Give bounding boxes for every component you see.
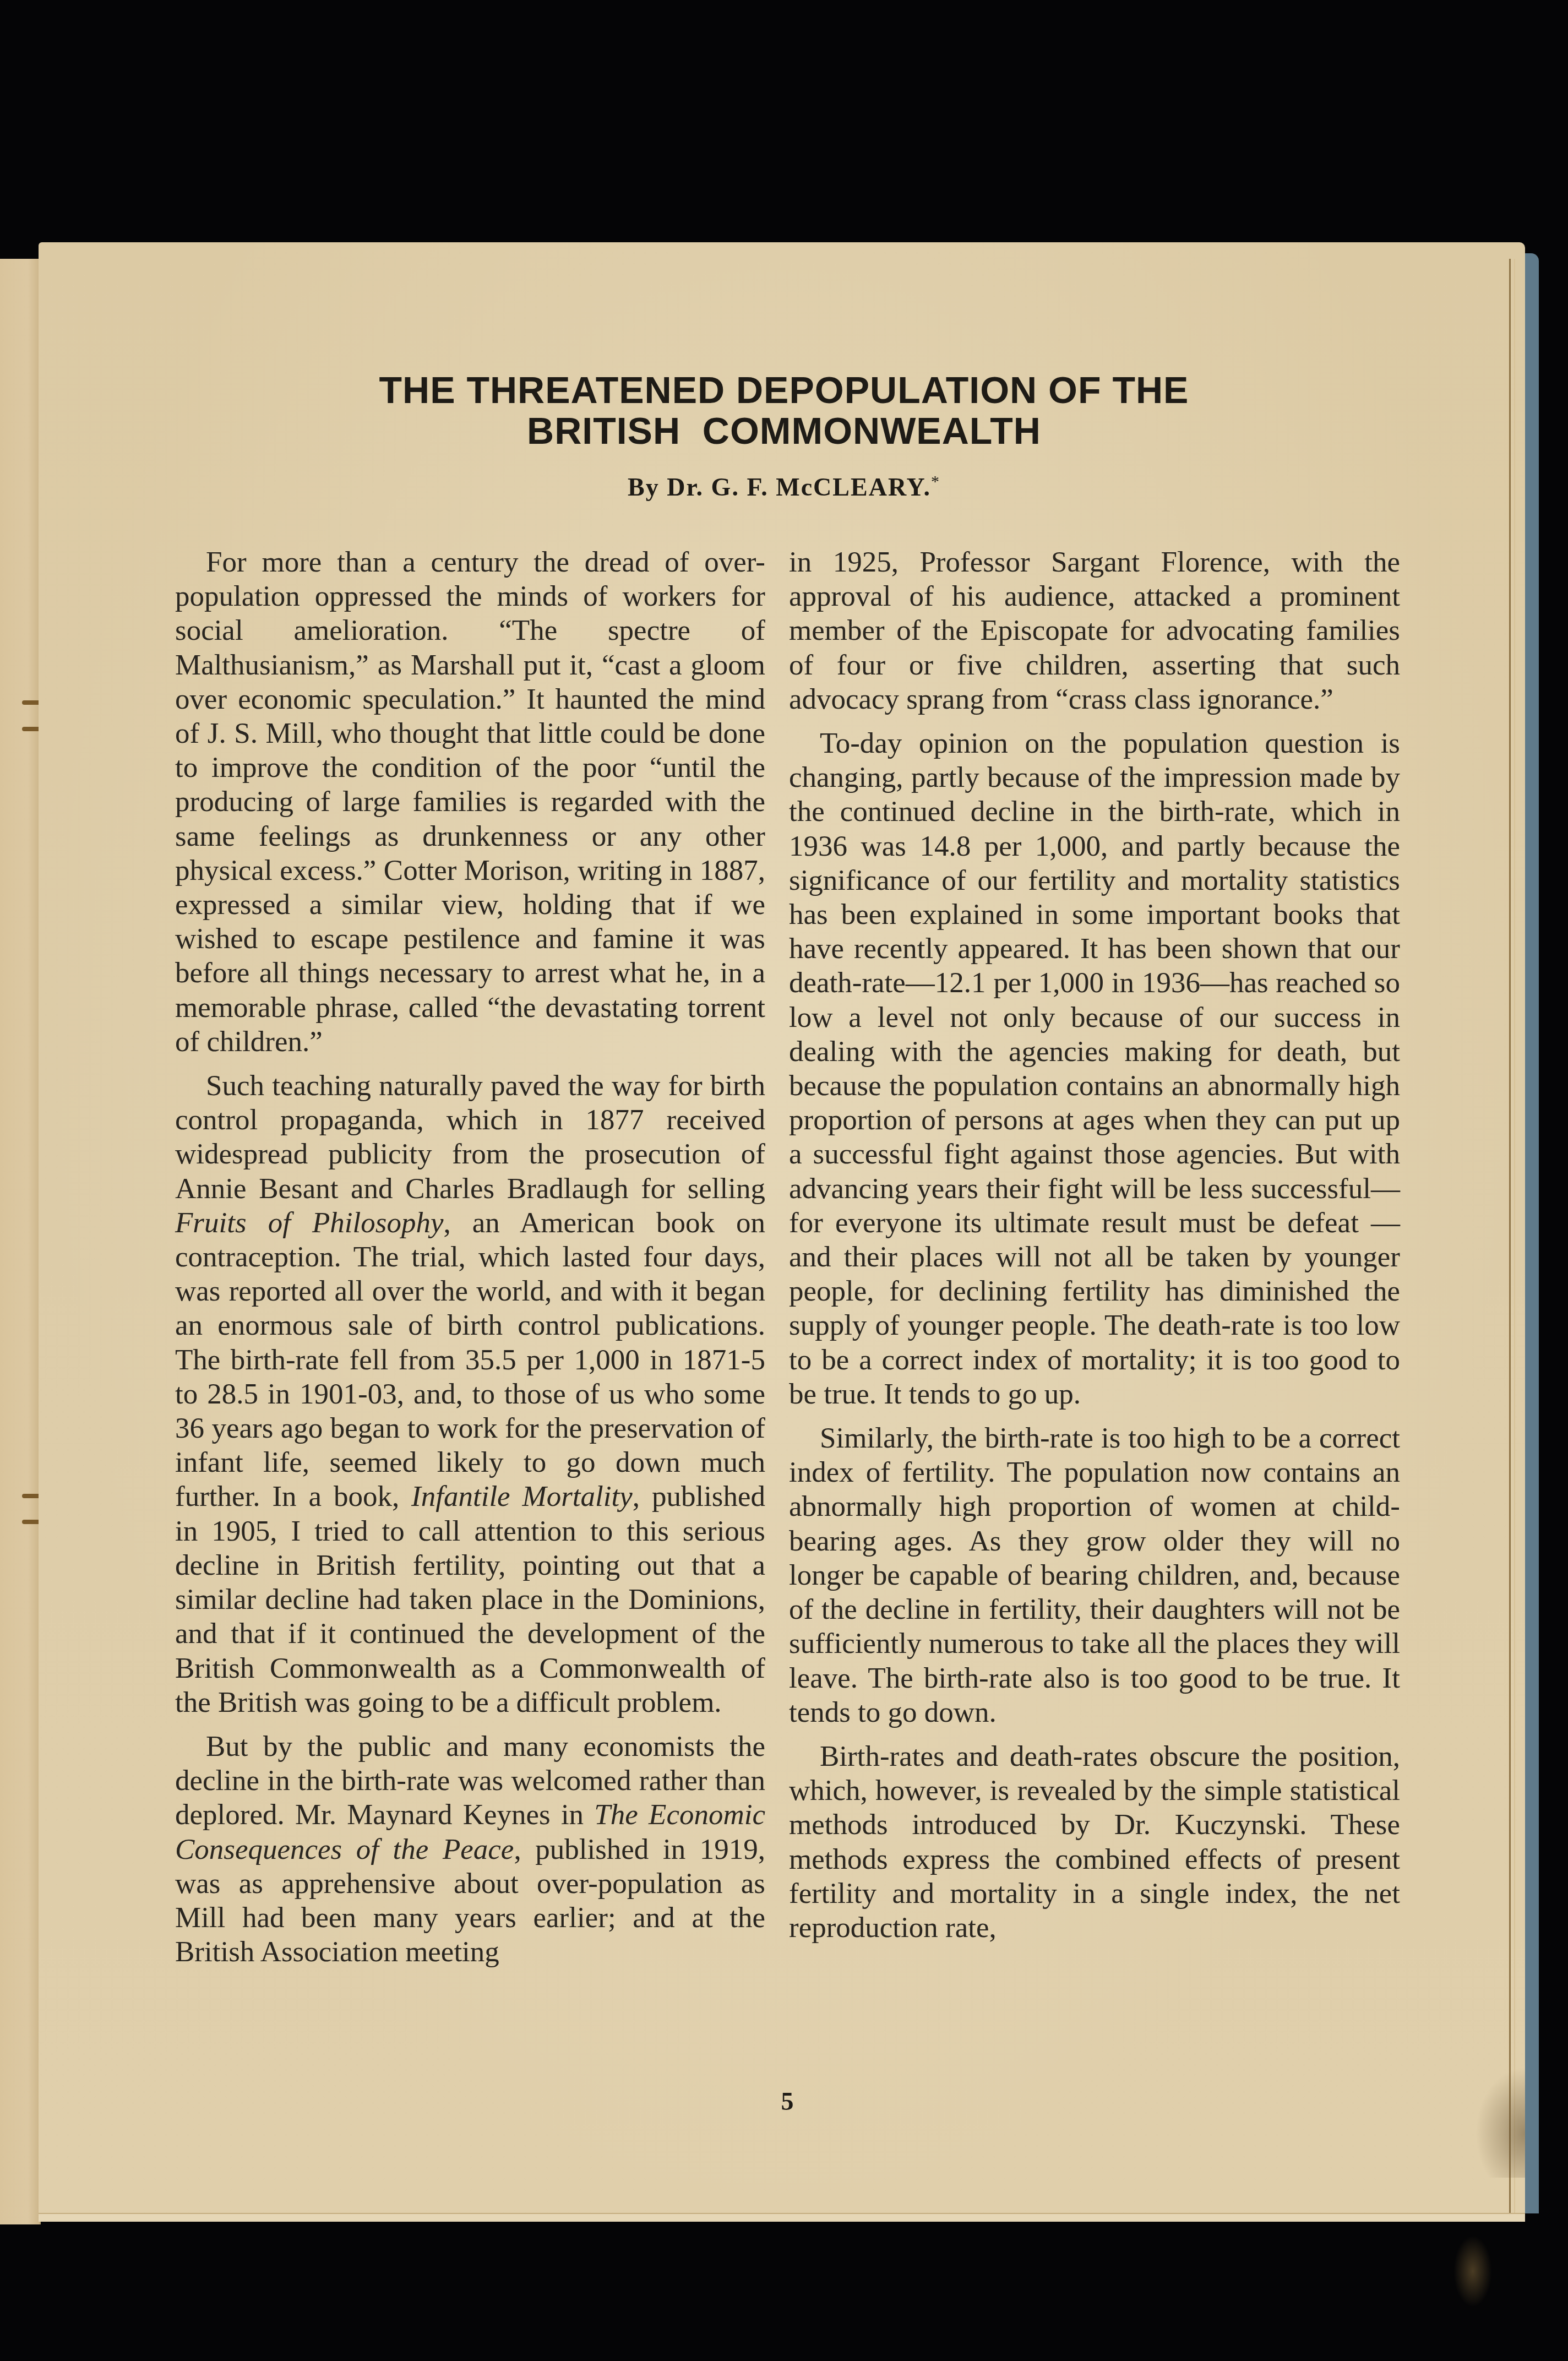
text-run: , an American book on contraception. The…	[175, 1207, 765, 1513]
corner-shadow	[1476, 2068, 1525, 2178]
paper-stain	[1453, 2235, 1492, 2307]
article-title-line-2: BRITISH COMMONWEALTH	[0, 411, 1568, 451]
text-run: , published in 1905, I tried to call att…	[175, 1481, 765, 1718]
book-title-infantile-mortality: Infantile Mortality	[411, 1481, 633, 1513]
paragraph: Birth-rates and death-rates obscure the …	[789, 1739, 1400, 1945]
page-number: 5	[771, 2087, 804, 2116]
paragraph: But by the public and many economists th…	[175, 1729, 765, 1969]
right-text-column: in 1925, Professor Sargant Florence, wit…	[789, 545, 1400, 1955]
previous-page-edge	[0, 259, 41, 2224]
author-name: By Dr. G. F. McCLEARY.	[628, 473, 931, 501]
text-run: Such teaching naturally paved the way fo…	[175, 1070, 765, 1205]
book-title-fruits-of-philosophy: Fruits of Philosophy	[175, 1207, 443, 1239]
footnote-asterisk: *	[931, 472, 940, 491]
article-title-line-1: THE THREATENED DEPOPULATION OF THE	[0, 370, 1568, 411]
paragraph: Similarly, the birth-rate is too high to…	[789, 1421, 1400, 1729]
paragraph: For more than a century the dread of ove…	[175, 545, 765, 1059]
page-fore-edge	[1509, 259, 1515, 2219]
paragraph: Such teaching naturally paved the way fo…	[175, 1069, 765, 1720]
paragraph: To-day opinion on the population questio…	[789, 726, 1400, 1411]
article-byline: By Dr. G. F. McCLEARY.*	[0, 472, 1568, 502]
paragraph-continued: in 1925, Professor Sargant Florence, wit…	[789, 545, 1400, 716]
left-text-column: For more than a century the dread of ove…	[175, 545, 765, 1979]
page-bottom-edge	[39, 2213, 1525, 2222]
